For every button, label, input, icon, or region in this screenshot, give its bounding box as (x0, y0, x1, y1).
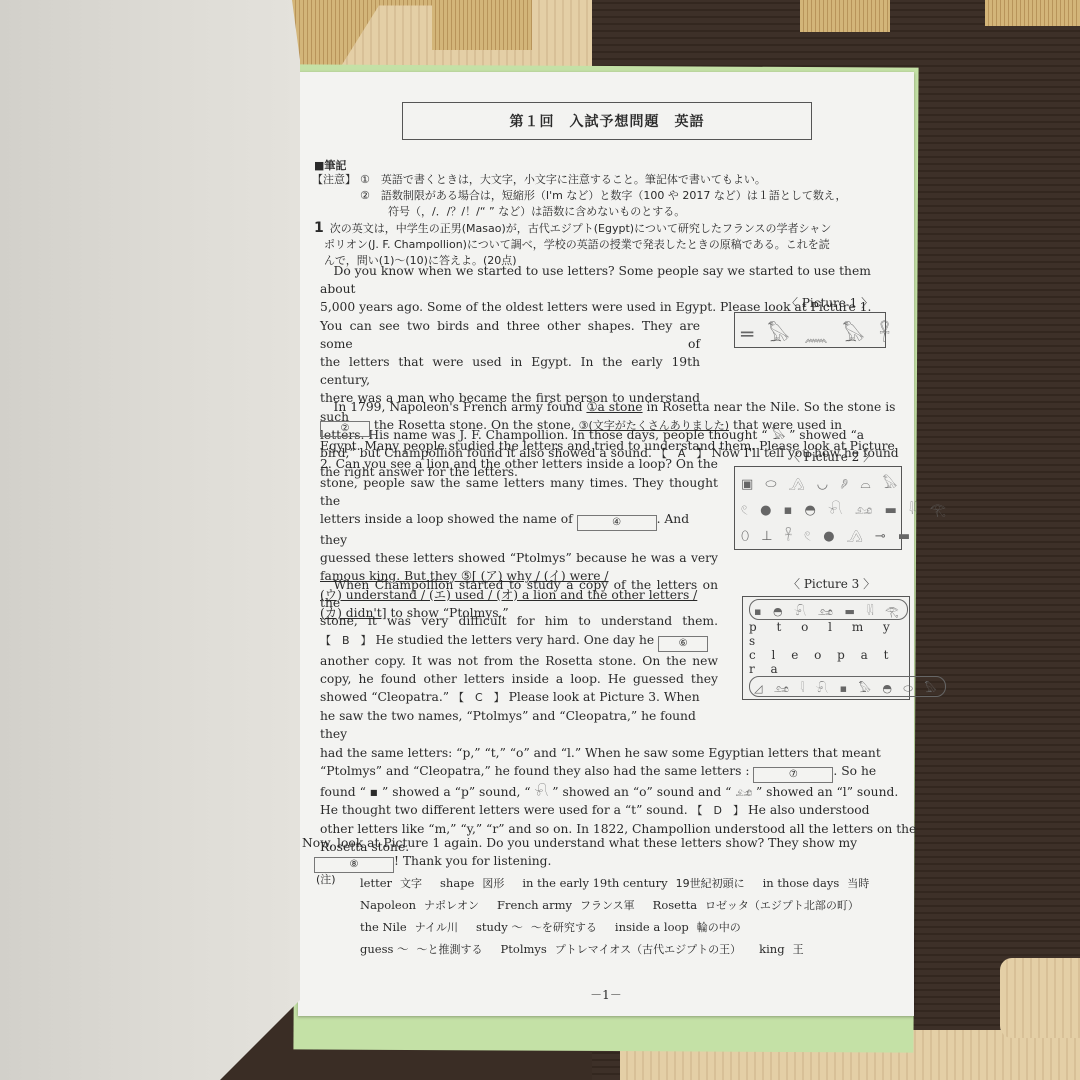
glossary-meaning: ナイル川 (415, 921, 458, 934)
glossary-entry: king王 (759, 938, 803, 960)
glossary-entry: Napoleonナポレオン (360, 894, 479, 916)
text-line: another copy. It was not from the Rosett… (320, 652, 718, 670)
text-line: in Rosetta near the Nile. So the stone i… (643, 400, 896, 414)
ptolmys-cartouche: ▪ ◓ 𓍯 𓃭 ▬ 𓇌 𓂀 (749, 599, 908, 620)
glossary-meaning: ～を研究する (531, 921, 597, 934)
picture-2: ▣ ⬭ 𓂻 ◡ 𓂈 ⌓ 𓅃 𓏲 ● ▪ ◓ 𓍯 𓃭 ▬ 𓇌 𓂀 ⬯ ⊥ 𓋹 𓏲 … (734, 466, 902, 550)
glossary-entry: French armyフランス軍 (497, 894, 635, 916)
picture-1-label: 〈 Picture 1 〉 (786, 294, 873, 311)
note-1: ① 英語で書くときは，大文字，小文字に注意すること。筆記体で書いてもよい。 (360, 172, 766, 188)
text-line: “Ptolmys” and “Cleopatra,” he found they… (320, 764, 753, 778)
paragraph-4: Now, look at Picture 1 again. Do you und… (302, 834, 912, 873)
ptolmys-letters: p t o l m y s (749, 620, 903, 648)
glossary-meaning: 文字 (400, 877, 422, 890)
glossary-entry: guess ～～と推測する (360, 938, 483, 960)
underlined-japanese-3: ③(文字がたくさんありました) (579, 419, 729, 432)
blank-6[interactable]: ⑥ (658, 636, 708, 652)
text-line: that were used in (729, 418, 842, 432)
text-line: the Rosetta stone. On the stone, (370, 418, 579, 432)
text-line: Please look at Picture 3. When (509, 690, 700, 704)
hieroglyph-row: ⬯ ⊥ 𓋹 𓏲 ● 𓂻 ⊸ ▬ (741, 524, 895, 545)
text-line: had the same letters: “p,” “t,” “o” and … (320, 744, 924, 762)
glossary-entry: letter文字 (360, 872, 422, 894)
text-line: copy, he found other letters inside a lo… (320, 670, 718, 688)
mat-tile (800, 0, 890, 32)
text-line: showed “Cleopatra.” (320, 690, 449, 704)
glossary-meaning: ナポレオン (424, 899, 479, 912)
glossary-meaning: 19世紀初頭に (676, 877, 745, 890)
glossary-meaning: ロゼッタ（エジプト北部の町） (705, 899, 859, 912)
glossary-entry: Ptolmysプトレマイオス（古代エジプトの王） (501, 938, 742, 960)
glossary-term: king (759, 942, 784, 956)
answer-slot-b[interactable]: 【 B 】 (320, 634, 372, 647)
text-line: guessed these letters showed “Ptolmys” b… (320, 549, 718, 567)
picture-1: ═ 𓅃 𓈖 𓅃 𓋹 (734, 312, 886, 348)
text-line: Now, look at Picture 1 again. Do you und… (302, 834, 912, 852)
glossary-term: letter (360, 876, 392, 890)
hieroglyph-row: 𓏲 ● ▪ ◓ 𓍯 𓃭 ▬ 𓇌 𓂀 (741, 498, 895, 519)
glossary-entry: inside a loop輪の中の (615, 916, 741, 938)
intro-line: ポリオン(J. F. Champollion)について調べ，学校の英語の授業で発… (314, 237, 904, 253)
picture-3-label: 〈 Picture 3 〉 (788, 575, 875, 592)
note-2: ② 語数制限がある場合は，短縮形（I'm など）と数字（100 や 2017 な… (312, 188, 902, 204)
glossary-term: shape (440, 876, 474, 890)
picture-3: ▪ ◓ 𓍯 𓃭 ▬ 𓇌 𓂀 p t o l m y s c l e o p a … (742, 596, 910, 700)
note-3: 符号（，/．/？/！/“ ” など）は語数に含めないものとする。 (312, 204, 902, 220)
glossary-row: the Nileナイル川study ～～を研究するinside a loop輪の… (360, 916, 904, 938)
glossary-meaning: 輪の中の (697, 921, 741, 934)
text-line: 2. Can you see a lion and the other lett… (320, 455, 718, 473)
blank-7[interactable]: ⑦ (753, 767, 833, 783)
page-title: 第１回 入試予想問題 英語 (402, 102, 812, 140)
text-line: stone, it was very difficult for him to … (320, 612, 718, 630)
blank-4[interactable]: ④ (577, 515, 657, 531)
glossary-meaning: ～と推測する (417, 943, 483, 956)
mat-tile (432, 0, 532, 50)
blank-2[interactable]: ② (320, 421, 370, 437)
exam-page: 第１回 入試予想問題 英語 ■筆記 【注意】① 英語で書くときは，大文字，小文字… (298, 72, 914, 1016)
page-number: －1－ (298, 986, 914, 1003)
glossary-term: in the early 19th century (522, 876, 667, 890)
blank-8[interactable]: ⑧ (314, 857, 394, 873)
answer-slot-c[interactable]: 【 C 】 (453, 691, 505, 704)
glossary-term: inside a loop (615, 920, 689, 934)
glossary-term: Napoleon (360, 898, 416, 912)
picture-2-label: 〈 Picture 2 〉 (788, 448, 875, 465)
text-line: a stone (597, 400, 642, 414)
book-cover (0, 0, 300, 1080)
text-line: Do you know when we started to use lette… (320, 262, 900, 298)
glossary-row: guess ～～と推測するPtolmysプトレマイオス（古代エジプトの王）kin… (360, 938, 904, 960)
text-line: He studied the letters very hard. One da… (375, 633, 658, 647)
text-line: . So he (833, 764, 876, 778)
text-line: the letters that were used in Egypt. In … (320, 353, 700, 389)
glossary-term: in those days (763, 876, 840, 890)
glossary-term: Rosetta (653, 898, 697, 912)
question-number: 1 (314, 220, 324, 236)
glossary-term: guess ～ (360, 942, 409, 956)
glossary-meaning: 当時 (847, 877, 869, 890)
glossary-entry: study ～～を研究する (476, 916, 597, 938)
text-line: He also understood (748, 803, 870, 817)
text-line: You can see two birds and three other sh… (320, 317, 700, 353)
glossary-row: letter文字shape図形in the early 19th century… (360, 872, 904, 894)
mat-tile (985, 0, 1080, 26)
text-line: stone, people saw the same letters many … (320, 474, 718, 510)
underlined-a-stone: ①a stone (586, 400, 642, 414)
cleopatra-cartouche: ◿ 𓃭 𓇋 𓍯 ▪ 𓅃 ◓ ⬭ 𓅃 (749, 676, 946, 697)
hieroglyph-row: ▣ ⬭ 𓂻 ◡ 𓂈 ⌓ 𓅃 (741, 472, 895, 493)
intro-line: 次の英文は，中学生の正男(Masao)が，古代エジプト(Egypt)について研究… (330, 222, 832, 235)
cleopatra-letters: c l e o p a t r a (749, 648, 903, 676)
glossary: (注) letter文字shape図形in the early 19th cen… (324, 872, 904, 960)
glossary-term: the Nile (360, 920, 407, 934)
glossary-entry: in the early 19th century19世紀初頭に (522, 872, 744, 894)
text-line: found “ ▪ ” showed a “p” sound, “ 𓍯 ” sh… (320, 783, 924, 801)
glossary-entry: Rosettaロゼッタ（エジプト北部の町） (653, 894, 859, 916)
glossary-label: (注) (316, 872, 336, 888)
glossary-meaning: 図形 (482, 877, 504, 890)
text-line: letters inside a loop showed the name of (320, 512, 577, 526)
glossary-meaning: 王 (793, 943, 804, 956)
text-line: ! Thank you for listening. (394, 854, 551, 868)
text-line: he saw the two names, “Ptolmys” and “Cle… (320, 707, 718, 743)
glossary-row: NapoleonナポレオンFrench armyフランス軍Rosettaロゼッタ… (360, 894, 904, 916)
glossary-entry: shape図形 (440, 872, 504, 894)
marker-1: ① (586, 400, 597, 414)
glossary-entry: the Nileナイル川 (360, 916, 458, 938)
mat-tile (1000, 958, 1080, 1038)
glossary-term: study ～ (476, 920, 523, 934)
answer-slot-d[interactable]: 【 D 】 (692, 804, 744, 817)
glossary-meaning: フランス軍 (580, 899, 635, 912)
glossary-meaning: プトレマイオス（古代エジプトの王） (555, 943, 741, 956)
notes-label: 【注意】 (312, 172, 360, 188)
glossary-term: French army (497, 898, 572, 912)
text-line: When Champollion started to study a copy… (320, 576, 718, 612)
glossary-term: Ptolmys (501, 942, 547, 956)
instructions: 【注意】① 英語で書くときは，大文字，小文字に注意すること。筆記体で書いてもよい… (312, 172, 902, 220)
text-line: In 1799, Napoleon's French army found (334, 400, 587, 414)
hieroglyph-row: ═ 𓅃 𓈖 𓅃 𓋹 (741, 315, 879, 348)
glossary-entry: in those days当時 (763, 872, 870, 894)
text-line: He thought two different letters were us… (320, 803, 688, 817)
